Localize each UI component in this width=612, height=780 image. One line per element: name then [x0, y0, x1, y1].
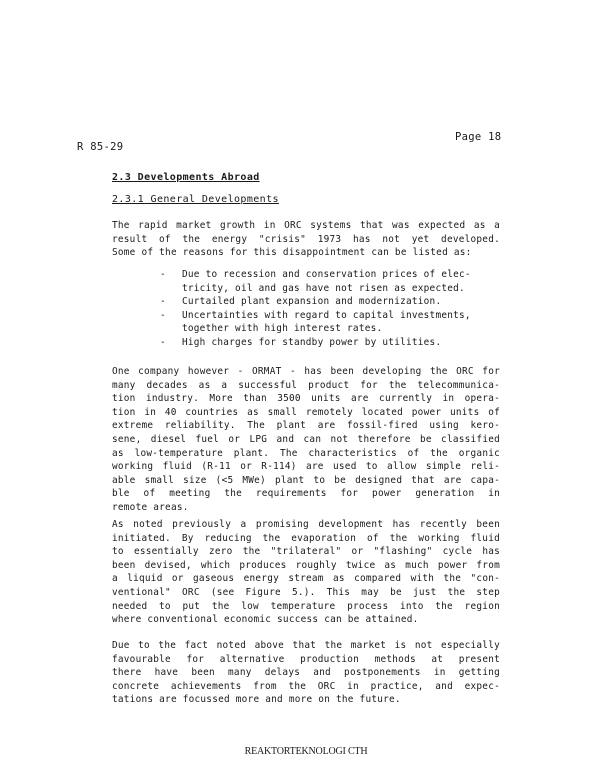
section-heading: 2.3 Developments Abroad: [112, 172, 260, 183]
dash-bullet-icon: -: [160, 309, 166, 323]
reasons-list: -Due to recession and conservation price…: [160, 268, 505, 350]
subsection-heading: 2.3.1 General Developments: [112, 194, 279, 205]
text-line: sene, diesel fuel or LPG and can not the…: [112, 433, 500, 447]
text-line: to essentially zero the "trilateral" or …: [112, 545, 500, 559]
text-line: favourable for alternative production me…: [112, 653, 500, 667]
text-line: tion in 40 countries as small remotely l…: [112, 406, 500, 420]
list-item: -High charges for standby power by utili…: [160, 336, 505, 350]
text-line: where conventional economic success can …: [112, 613, 500, 627]
text-line: One company however - ORMAT - has been d…: [112, 365, 500, 379]
text-line: Some of the reasons for this disappointm…: [112, 246, 500, 260]
text-line: working fluid (R-11 or R-114) are used t…: [112, 460, 500, 474]
report-id: R 85-29: [77, 141, 123, 153]
text-line: able small size (<5 MWe) plant to be des…: [112, 474, 500, 488]
text-line: remote areas.: [112, 501, 500, 515]
text-line: needed to put the low temperature proces…: [112, 600, 500, 614]
text-line: ble of meeting the requirements for powe…: [112, 487, 500, 501]
list-item: -Due to recession and conservation price…: [160, 268, 505, 295]
text-line: The rapid market growth in ORC systems t…: [112, 219, 500, 233]
text-line: initiated. By reducing the evaporation o…: [112, 532, 500, 546]
text-line: ventional" ORC (see Figure 5.). This may…: [112, 586, 500, 600]
list-item-text: Curtailed plant expansion and modernizat…: [182, 295, 505, 309]
text-line: been devised, which produces roughly twi…: [112, 559, 500, 573]
list-item-text: tricity, oil and gas have not risen as e…: [182, 282, 505, 296]
list-item-text: together with high interest rates.: [182, 322, 505, 336]
text-line: extreme reliability. The plant are fossi…: [112, 419, 500, 433]
text-line: many decades as a successful product for…: [112, 379, 500, 393]
text-line: as low-temperature plant. The characteri…: [112, 447, 500, 461]
text-line: a liquid or gaseous energy stream as com…: [112, 572, 500, 586]
list-item: -Curtailed plant expansion and moderniza…: [160, 295, 505, 309]
text-line: concrete achievements from the ORC in pr…: [112, 680, 500, 694]
dash-bullet-icon: -: [160, 295, 166, 309]
paragraph-trilateral: As noted previously a promising developm…: [112, 518, 500, 627]
text-line: there have been many delays and postpone…: [112, 666, 500, 680]
dash-bullet-icon: -: [160, 336, 166, 350]
text-line: tion industry. More than 3500 units are …: [112, 392, 500, 406]
dash-bullet-icon: -: [160, 268, 166, 282]
text-line: As noted previously a promising developm…: [112, 518, 500, 532]
footer-institution: REAKTORTEKNOLOGI CTH: [0, 746, 612, 757]
list-item-text: Due to recession and conservation prices…: [182, 268, 505, 282]
paragraph-conclusion: Due to the fact noted above that the mar…: [112, 639, 500, 707]
text-line: result of the energy "crisis" 1973 has n…: [112, 233, 500, 247]
list-item-text: Uncertainties with regard to capital inv…: [182, 309, 505, 323]
list-item-text: High charges for standby power by utilit…: [182, 336, 505, 350]
text-line: tations are focussed more and more on th…: [112, 693, 500, 707]
paragraph-ormat: One company however - ORMAT - has been d…: [112, 365, 500, 515]
list-item: -Uncertainties with regard to capital in…: [160, 309, 505, 336]
page-number: Page 18: [455, 131, 501, 143]
text-line: Due to the fact noted above that the mar…: [112, 639, 500, 653]
paragraph-intro: The rapid market growth in ORC systems t…: [112, 219, 500, 260]
